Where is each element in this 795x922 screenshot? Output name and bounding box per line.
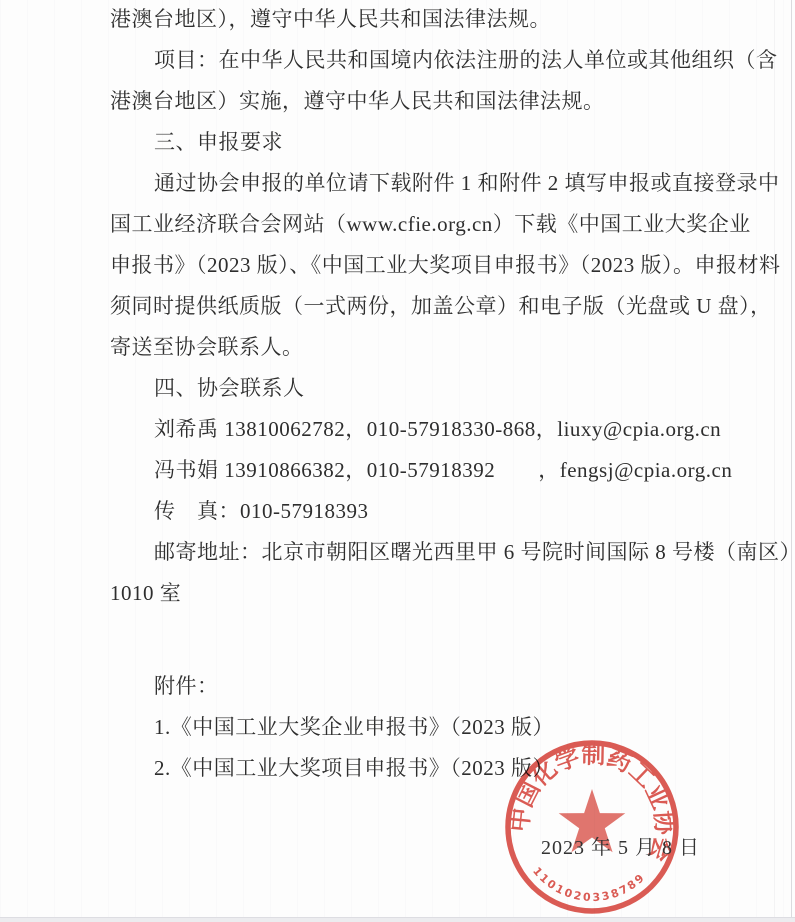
document-page: 港澳台地区），遵守中华人民共和国法律法规。项目：在中华人民共和国境内依法注册的法…	[0, 0, 795, 922]
document-line: 四、协会联系人	[110, 368, 750, 409]
document-line: 项目：在中华人民共和国境内依法注册的法人单位或其他组织（含	[110, 40, 750, 81]
document-line: 冯书娟 13910866382，010-57918392 ，fengsj@cpi…	[110, 450, 750, 491]
document-line: 国工业经济联合会网站（www.cfie.org.cn）下载《中国工业大奖企业	[110, 204, 750, 245]
document-line: 传 真：010-57918393	[110, 491, 750, 532]
scan-fold-line	[774, 0, 775, 922]
document-line: 港澳台地区）实施，遵守中华人民共和国法律法规。	[110, 81, 750, 122]
seal-graphic: 中国化学制药工业协会 1101020338789	[503, 738, 681, 916]
scan-edge-right	[791, 0, 792, 922]
document-line: 三、申报要求	[110, 122, 750, 163]
document-line: 1010 室	[110, 573, 750, 614]
document-line: 寄送至协会联系人。	[110, 327, 750, 368]
document-line: 港澳台地区），遵守中华人民共和国法律法规。	[110, 0, 750, 40]
document-line: 申报书》（2023 版）、《中国工业大奖项目申报书》（2023 版）。申报材料	[110, 245, 750, 286]
document-date: 2023 年 5 月 8 日	[541, 836, 700, 860]
document-line: 须同时提供纸质版（一式两份，加盖公章）和电子版（光盘或 U 盘），	[110, 286, 750, 327]
document-line: 附件：	[110, 666, 750, 707]
document-line: 邮寄地址：北京市朝阳区曙光西里甲 6 号院时间国际 8 号楼（南区）	[110, 532, 750, 573]
document-line: 刘希禹 13810062782，010-57918330-868，liuxy@c…	[110, 409, 750, 450]
document-body: 港澳台地区），遵守中华人民共和国法律法规。项目：在中华人民共和国境内依法注册的法…	[110, 0, 750, 789]
document-line: 通过协会申报的单位请下载附件 1 和附件 2 填写申报或直接登录中	[110, 163, 750, 204]
official-seal: 中国化学制药工业协会 1101020338789	[503, 738, 681, 916]
scan-edge-bottom	[0, 917, 795, 922]
